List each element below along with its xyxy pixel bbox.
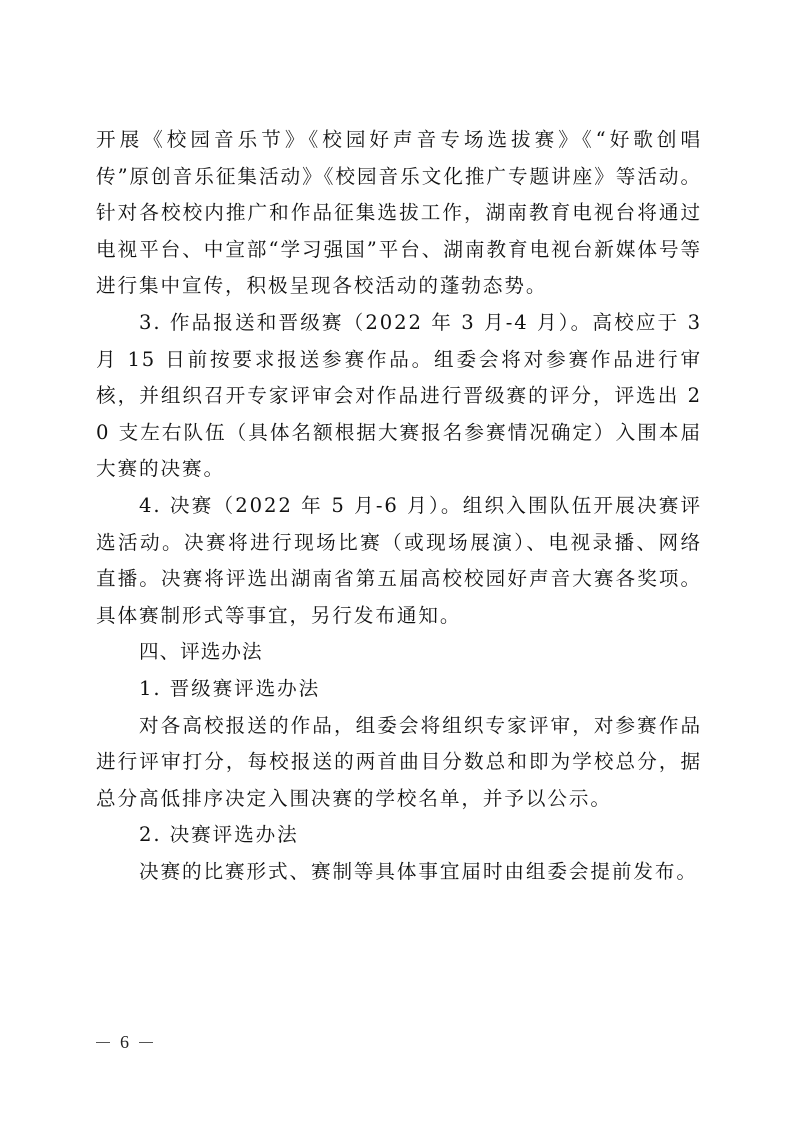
item-3-paragraph: 3. 作品报送和晋级赛（2022 年 3 月-4 月）。高校应于 3 月 15 … xyxy=(96,305,702,488)
document-page: 开展《校园音乐节》《校园好声音专场选拔赛》《“好歌创唱传”原创音乐征集活动》《校… xyxy=(96,122,702,890)
page-number: 6 xyxy=(120,1032,129,1053)
page-footer: 6 xyxy=(96,1032,153,1053)
subsection-1-body: 对各高校报送的作品，组委会将组织专家评审，对参赛作品进行评审打分，每校报送的两首… xyxy=(96,708,702,818)
subsection-1-title: 1. 晋级赛评选办法 xyxy=(96,671,702,708)
subsection-2-body: 决赛的比赛形式、赛制等具体事宜届时由组委会提前发布。 xyxy=(96,854,702,891)
dash-right xyxy=(139,1042,153,1044)
continuation-paragraph: 开展《校园音乐节》《校园好声音专场选拔赛》《“好歌创唱传”原创音乐征集活动》《校… xyxy=(96,122,702,305)
subsection-2-title: 2. 决赛评选办法 xyxy=(96,817,702,854)
dash-left xyxy=(96,1042,110,1044)
item-4-paragraph: 4. 决赛（2022 年 5 月-6 月）。组织入围队伍开展决赛评选活动。决赛将… xyxy=(96,488,702,634)
section-4-heading: 四、评选办法 xyxy=(96,634,702,671)
